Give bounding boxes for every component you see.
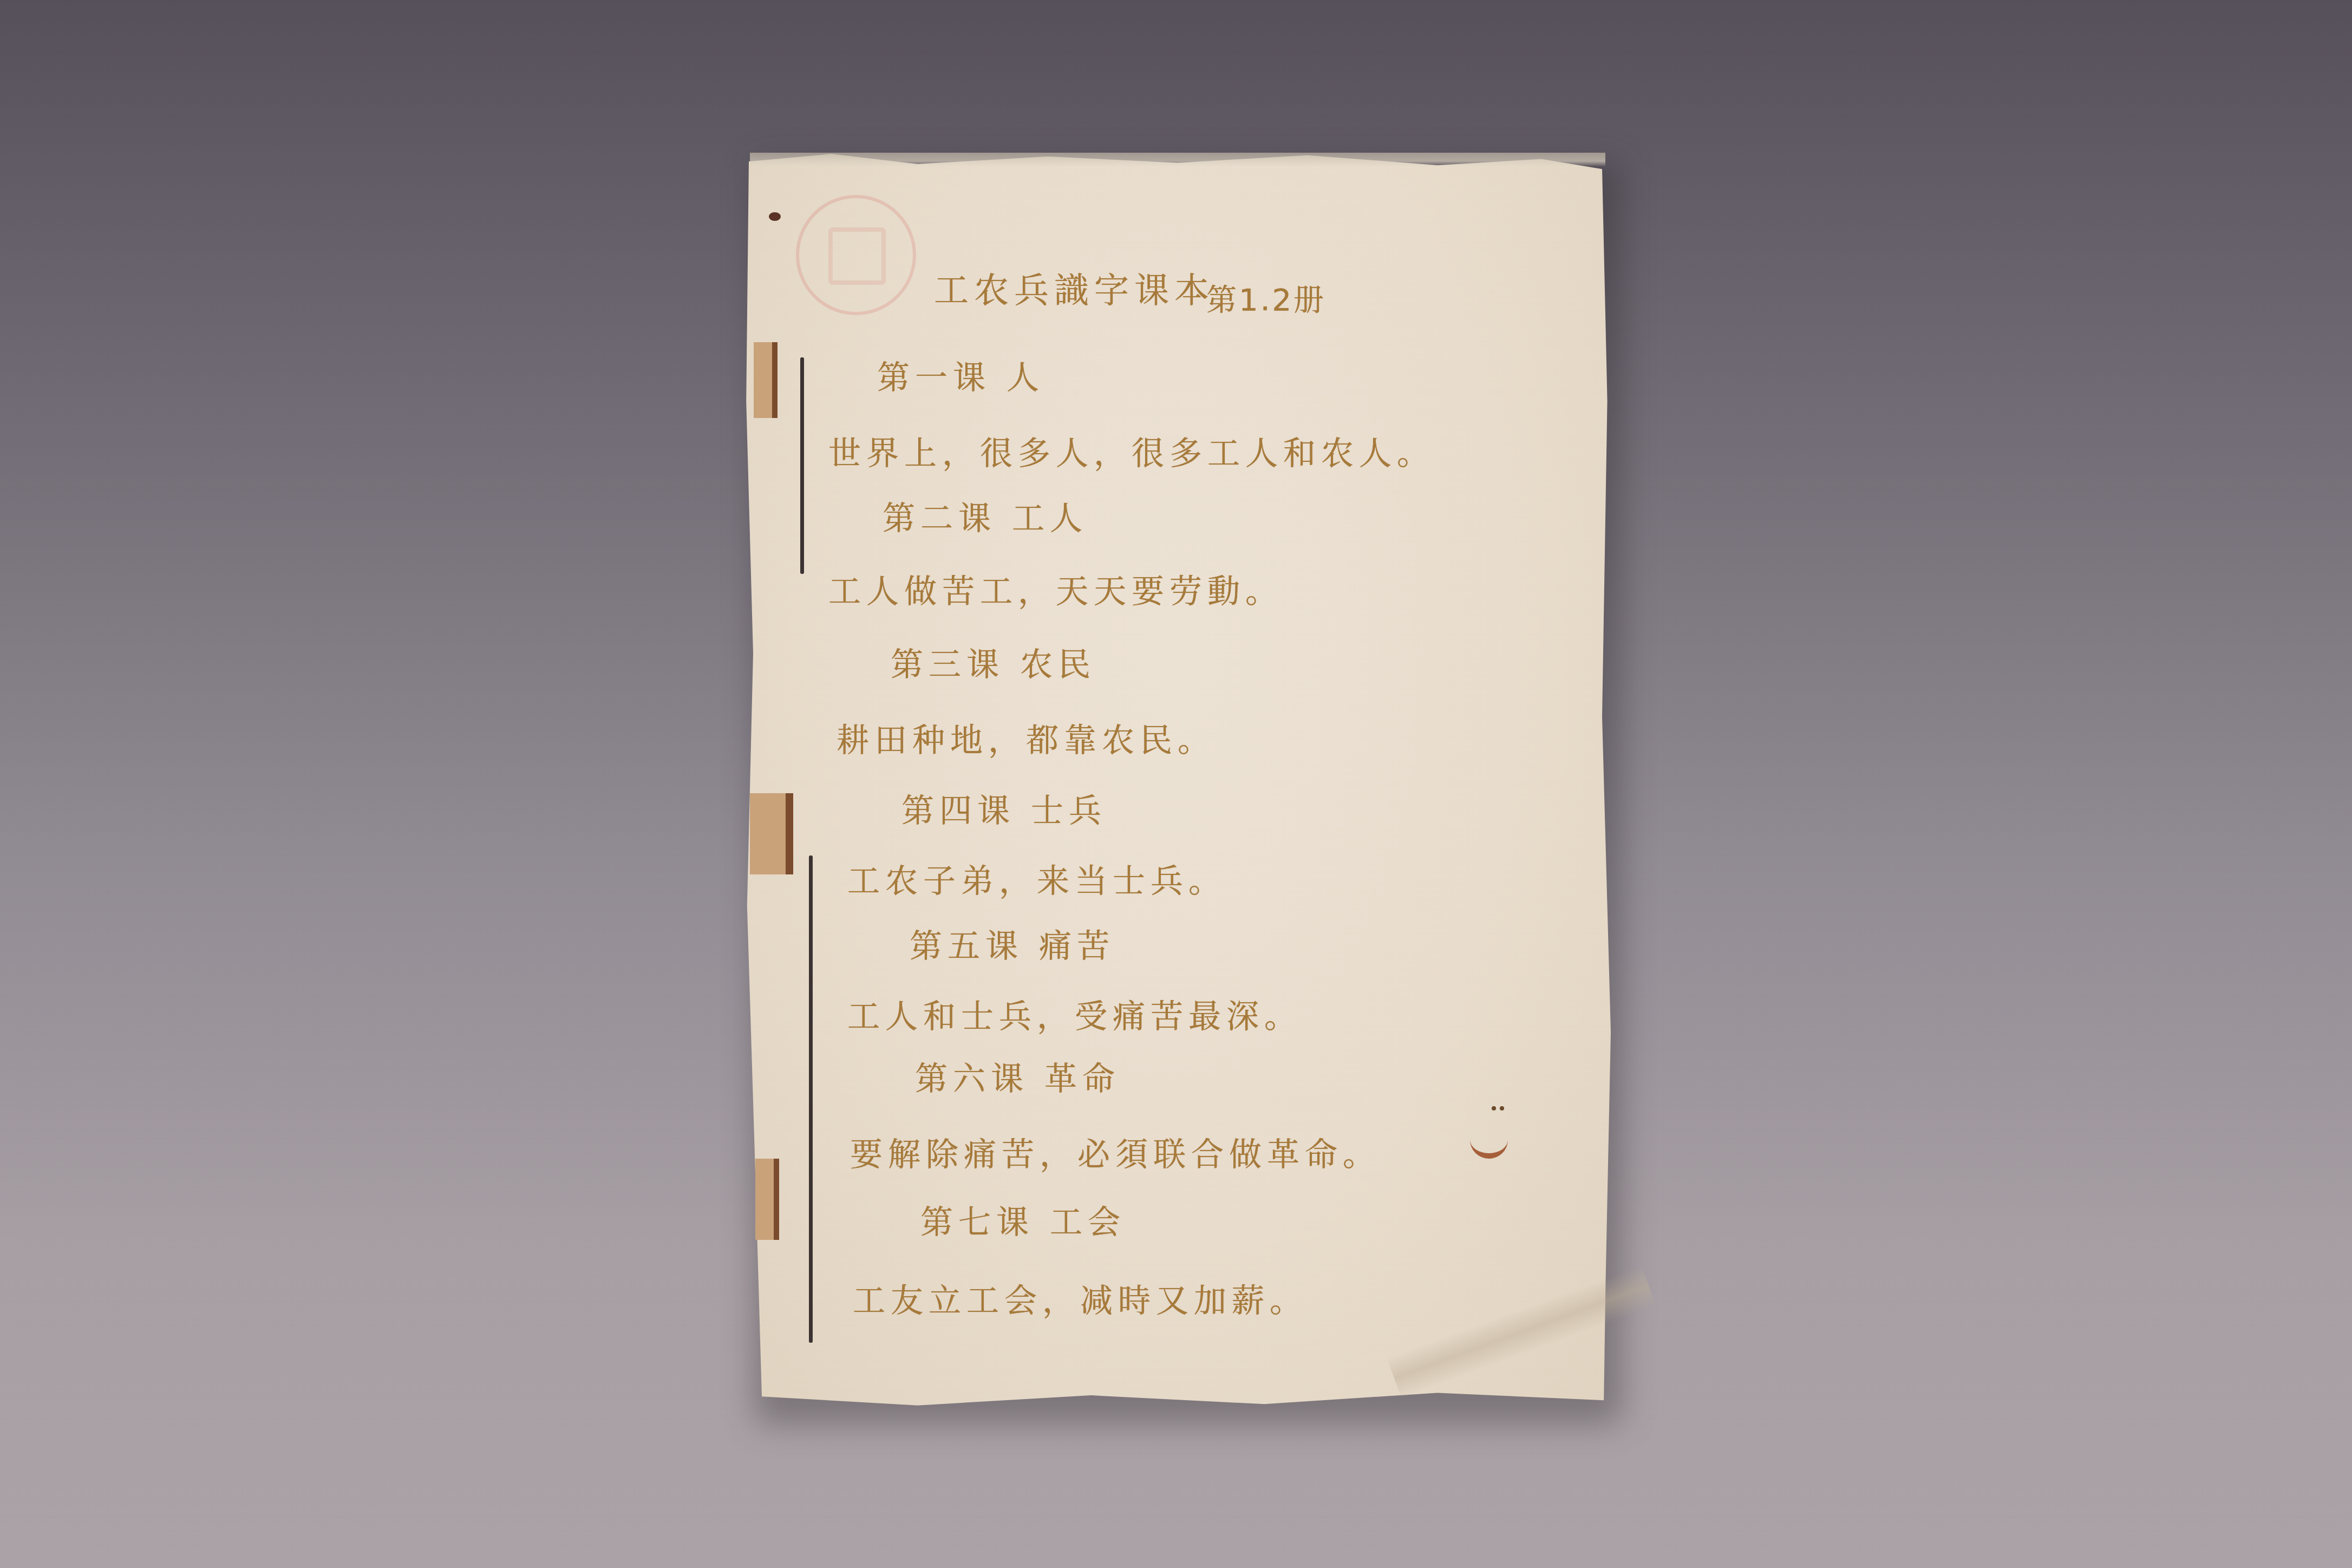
binding-thread-upper	[800, 357, 804, 574]
lesson-body: 要解除痛苦，必須联合做革命。	[850, 1129, 1381, 1175]
binding-tab-bottom	[755, 1159, 779, 1240]
lesson-heading: 第一课 人	[877, 352, 1044, 398]
ink-blot	[769, 212, 781, 221]
lesson-heading: 第二课 工人	[883, 493, 1088, 539]
lesson-body: 工人做苦工，天天要劳動。	[828, 566, 1283, 612]
document-title: 工农兵識字课本	[934, 263, 1214, 312]
lesson-body: 工人和士兵，受痛苦最深。	[847, 991, 1302, 1037]
lesson-heading: 第四课 士兵	[901, 785, 1107, 832]
lesson-body: 世界上，很多人，很多工人和农人。	[828, 428, 1435, 474]
document-page	[744, 149, 1611, 1410]
binding-thread-lower	[809, 855, 813, 1343]
lesson-body: 耕田种地，都靠农民。	[837, 715, 1216, 761]
binding-tab-top	[754, 342, 778, 418]
paper-torn-edge	[750, 153, 1605, 167]
lesson-body: 工农子弟，来当士兵。	[847, 855, 1226, 902]
volume-label: 第1.2册	[1206, 276, 1326, 319]
lesson-heading: 第五课 痛苦	[910, 920, 1115, 967]
lesson-body: 工友立工会，减時又加薪。	[853, 1275, 1308, 1322]
stain-speck	[1492, 1106, 1496, 1110]
lesson-heading: 第六课 革命	[915, 1053, 1120, 1100]
lesson-heading: 第三课 农民	[891, 639, 1096, 685]
binding-tab-middle	[750, 793, 793, 874]
stain-speck	[1500, 1106, 1504, 1110]
lesson-heading: 第七课 工会	[920, 1197, 1126, 1243]
red-seal-inner	[828, 227, 886, 285]
